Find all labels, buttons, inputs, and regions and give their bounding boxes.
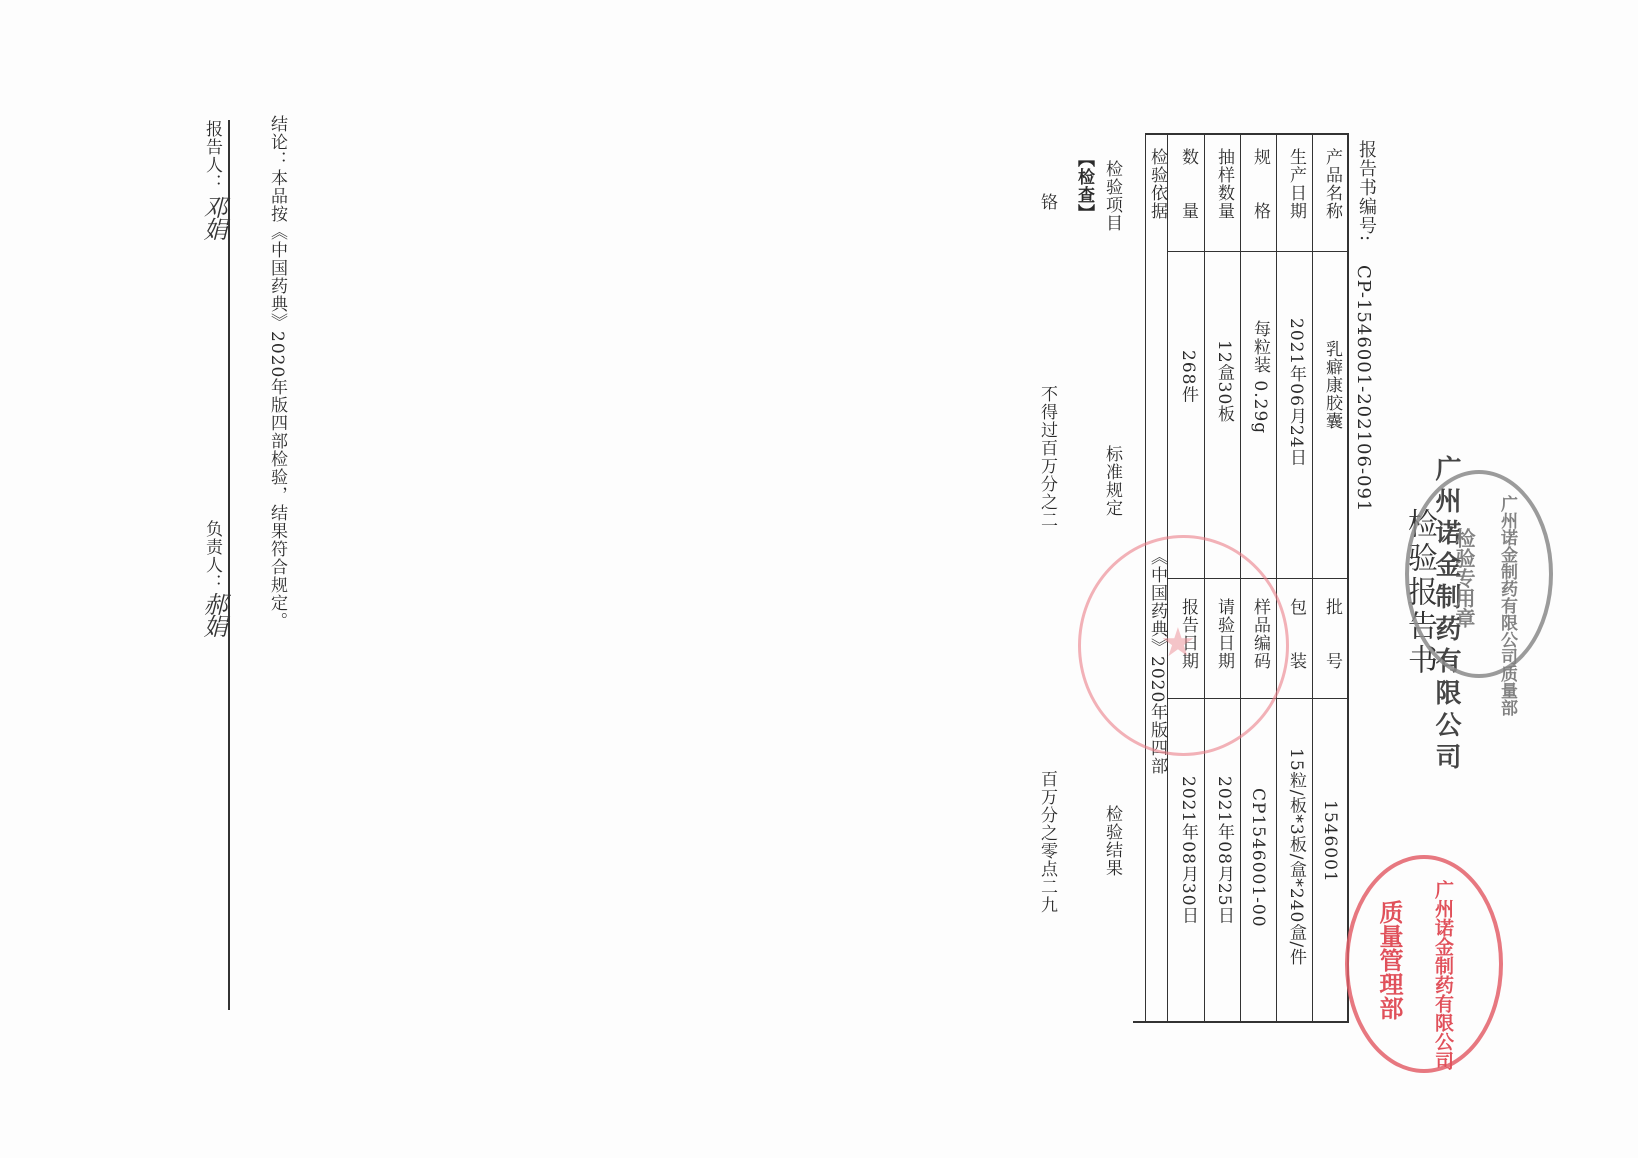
value-report-date: 2021年08月30日: [1176, 776, 1201, 925]
inspection-seal-stamp: [1405, 470, 1553, 678]
value-quantity: 268件: [1176, 350, 1201, 403]
center-red-stamp-star: ★: [1160, 620, 1196, 666]
inspection-seal-inner-text: 检验专用章: [1450, 528, 1479, 628]
value-sample-code: CP1546001-00: [1248, 788, 1268, 928]
report-number-label: 报告书编号:: [1353, 140, 1379, 242]
result-row-result: 百万分之零点二九: [1035, 770, 1060, 914]
value-request-date: 2021年08月25日: [1212, 776, 1237, 925]
result-row-standard: 不得过百万分之二: [1035, 385, 1060, 529]
label-inspection-basis: 检验依据: [1145, 148, 1170, 220]
label-quantity: 数 量: [1176, 148, 1201, 220]
quality-dept-stamp: [1345, 855, 1503, 1073]
quality-dept-outer-text: 广州诺金制药有限公司: [1430, 880, 1457, 1070]
value-sample-quantity: 12盒30板: [1212, 340, 1237, 423]
label-production-date: 生产日期: [1284, 148, 1309, 220]
signature-divider: [228, 120, 230, 1010]
label-specification: 规 格: [1248, 148, 1273, 220]
label-batch-no: 批 号: [1320, 598, 1345, 670]
value-batch-no: 1546001: [1320, 800, 1340, 883]
value-specification: 每粒装 0.29g: [1248, 320, 1273, 434]
reporter-label: 报告人：: [200, 120, 225, 192]
result-row-item: 铬: [1035, 193, 1060, 211]
header-test-item: 检验项目: [1100, 160, 1125, 232]
quality-dept-inner-text: 质量管理部: [1372, 900, 1407, 1020]
responsible-label: 负责人：: [200, 520, 225, 592]
value-product-name: 乳癖康胶囊: [1320, 340, 1345, 430]
label-product-name: 产品名称: [1320, 148, 1345, 220]
header-result: 检验结果: [1100, 805, 1125, 877]
value-packaging: 15粒/板*3板/盒*240盒/件: [1284, 748, 1309, 966]
section-inspection: 【检查】: [1072, 150, 1097, 222]
reporter-signature: 邓娟: [196, 195, 231, 239]
header-standard: 标准规定: [1100, 445, 1125, 517]
responsible-signature: 郝娟: [196, 592, 231, 636]
value-production-date: 2021年06月24日: [1284, 318, 1309, 467]
label-sample-quantity: 抽样数量: [1212, 148, 1237, 220]
report-number: CP-1546001-202106-091: [1353, 265, 1374, 512]
conclusion: 结论：本品按《中国药典》2020年版四部检验，结果符合规定。: [265, 115, 290, 630]
inspection-seal-outer-text: 广州诺金制药有限公司质量部: [1495, 495, 1520, 716]
